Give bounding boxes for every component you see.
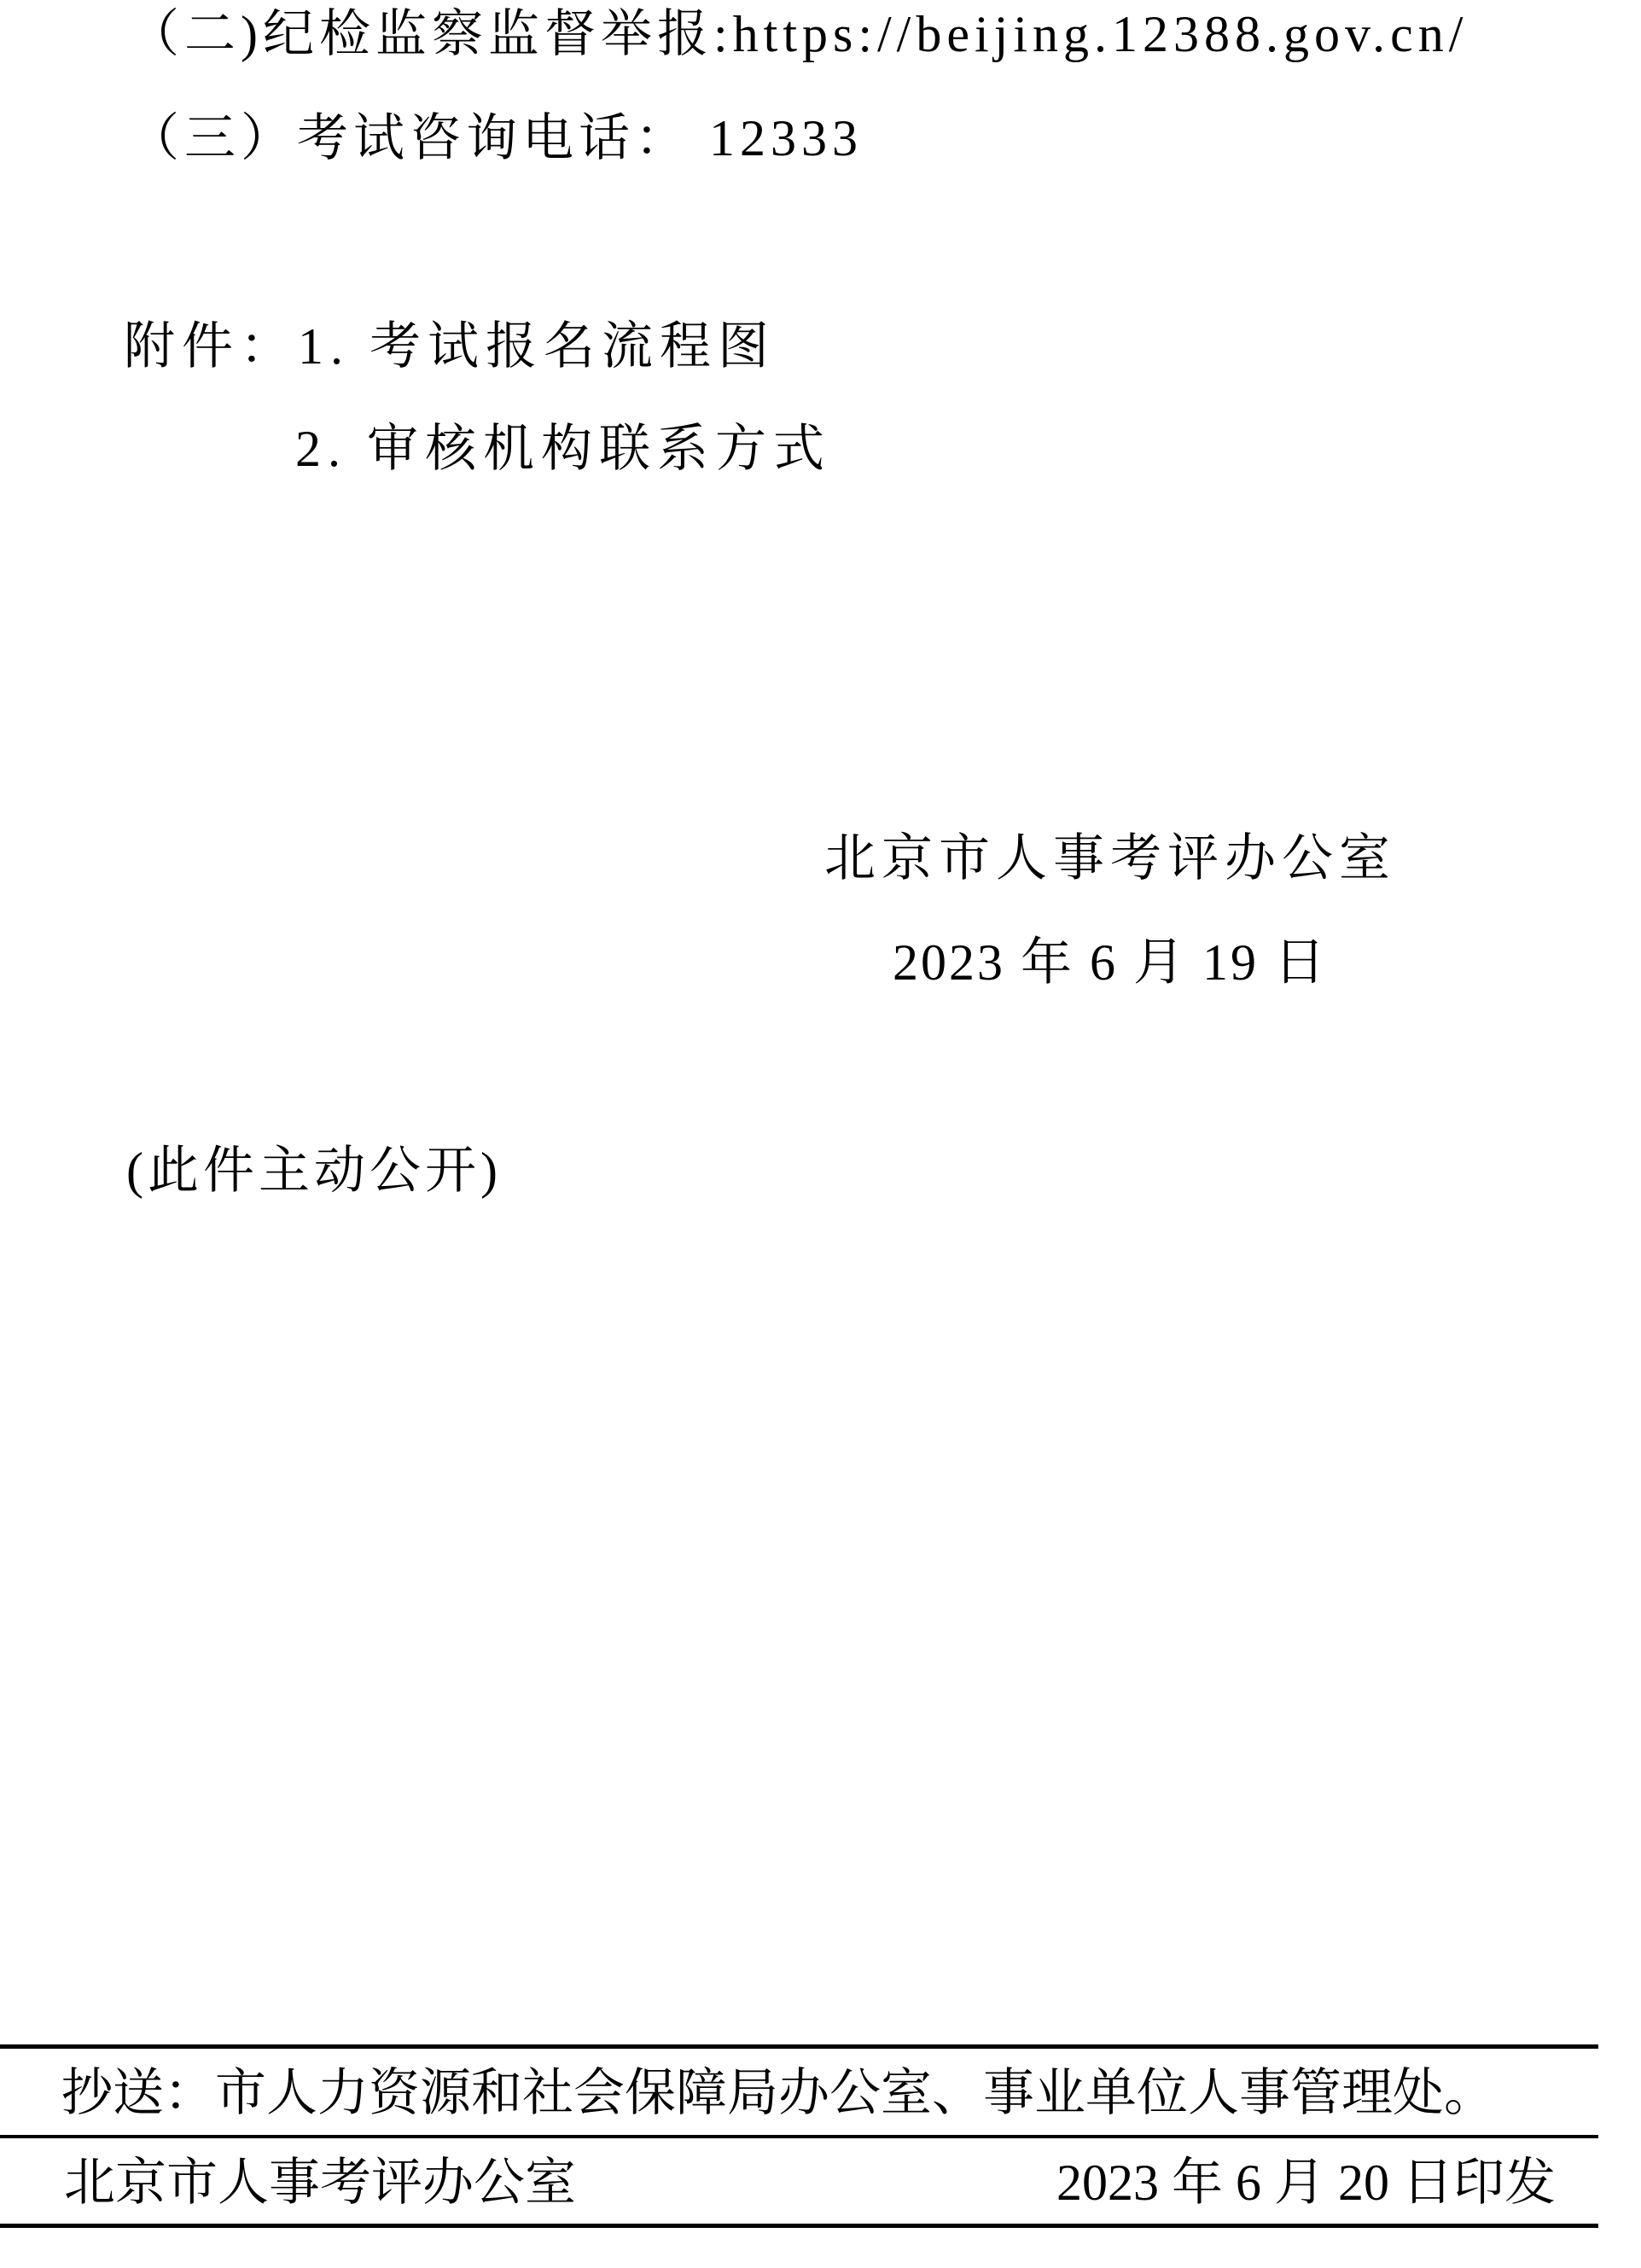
copy-to-line: 抄送：市人力资源和社会保障局办公室、事业单位人事管理处。 xyxy=(61,2064,1495,2123)
attachment-item-2: 2. 审核机构联系方式 xyxy=(295,420,831,479)
attachment-item-1: 1. 考试报名流程图 xyxy=(298,318,776,375)
separator-rule-middle xyxy=(0,2135,1598,2138)
footer-print-date: 2023 年 6 月 20 日印发 xyxy=(1056,2154,1556,2213)
signature-date: 2023 年 6 月 19 日 xyxy=(893,933,1328,992)
separator-rule-top xyxy=(0,2044,1598,2049)
separator-rule-bottom xyxy=(0,2224,1598,2228)
paragraph-exam-hotline: （三）考试咨询电话： 12333 xyxy=(128,109,863,168)
signature-organization: 北京市人事考评办公室 xyxy=(824,829,1396,888)
paragraph-supervision-report-url: （二)纪检监察监督举报:https://beijing.12388.gov.cn… xyxy=(128,5,1468,64)
footer-issuing-office: 北京市人事考评办公室 xyxy=(64,2154,576,2213)
attachments-label: 附件： xyxy=(124,318,298,375)
disclosure-note: (此件主动公开) xyxy=(126,1142,502,1201)
footer-row: 北京市人事考评办公室 2023 年 6 月 20 日印发 xyxy=(64,2154,1556,2213)
attachment-line-1: 附件：1. 考试报名流程图 xyxy=(124,317,776,376)
document-page: （二)纪检监察监督举报:https://beijing.12388.gov.cn… xyxy=(0,0,1641,2268)
